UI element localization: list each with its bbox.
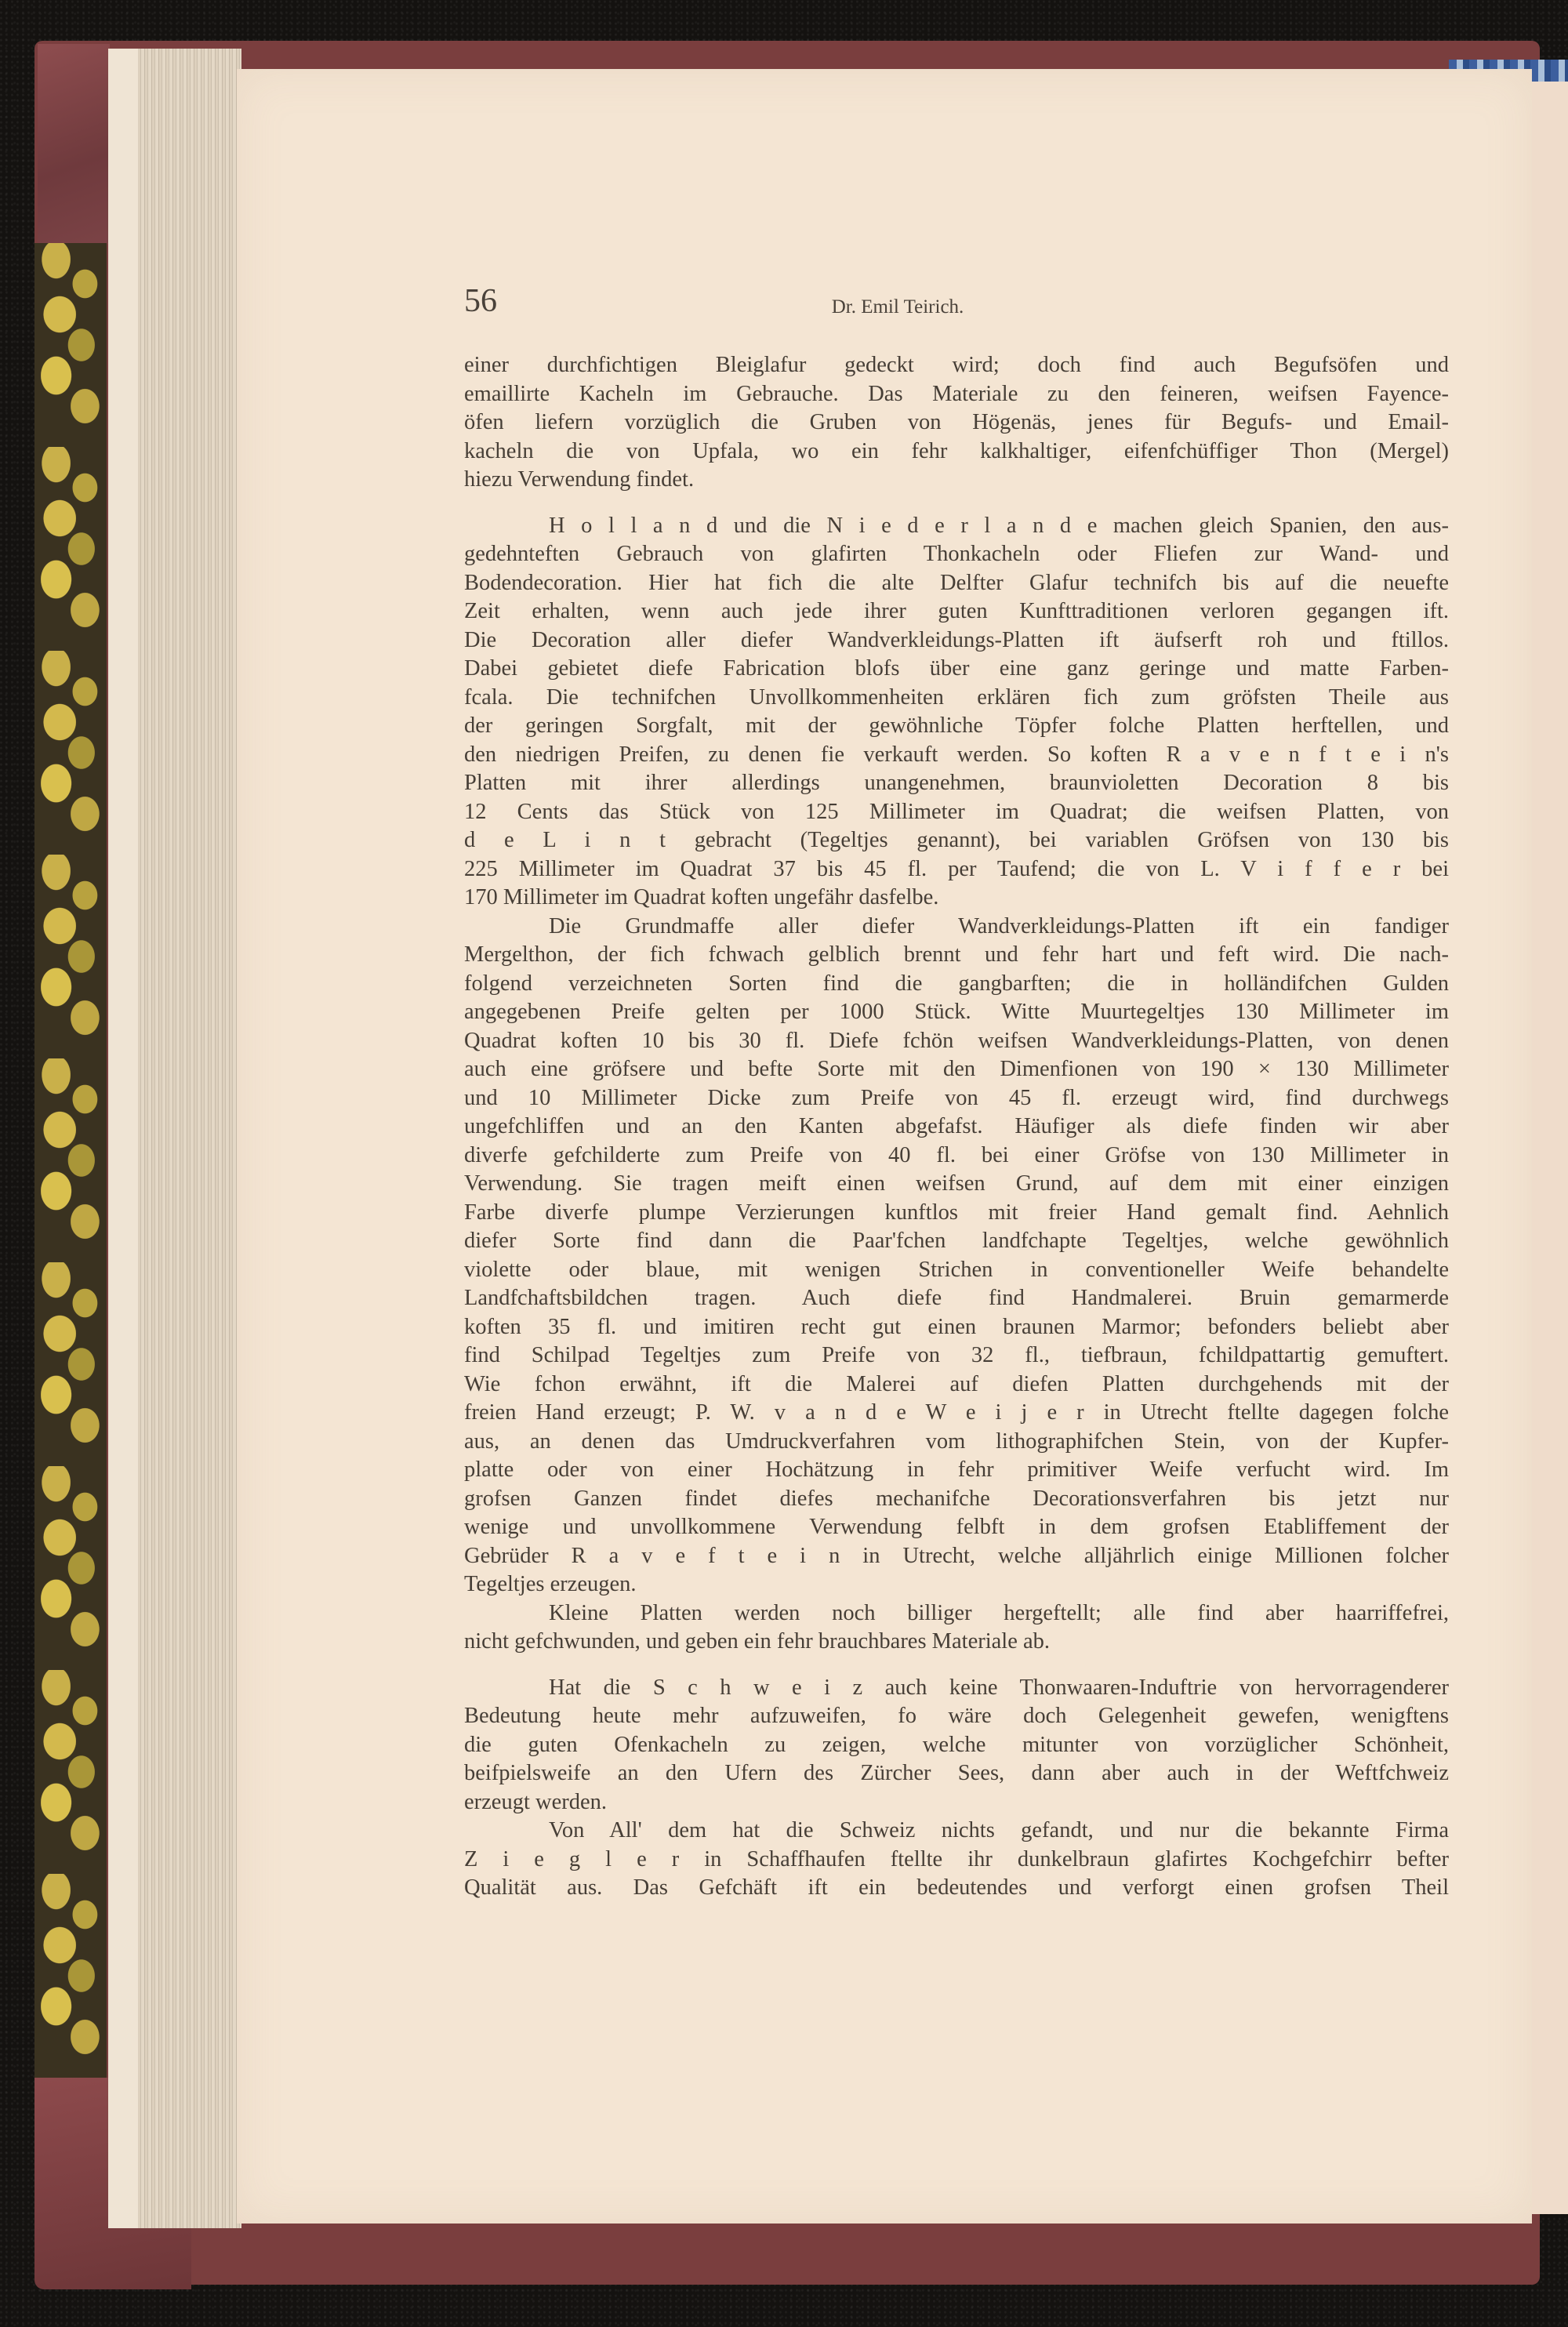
text-line: der geringen Sorgfalt, mit der gewöhnlic… — [464, 712, 1449, 741]
paragraph: H o l l a n d und die N i e d e r l a n … — [464, 512, 1449, 913]
text-line: Verwendung. Sie tragen meift einen weifs… — [464, 1170, 1449, 1199]
text-line: Bodendecoration. Hier hat fich die alte … — [464, 569, 1449, 598]
text-line: 170 Millimeter im Quadrat koften ungefäh… — [464, 884, 1449, 913]
text-line: Die Grundmaffe aller diefer Wandverkleid… — [464, 913, 1449, 942]
text-line: folgend verzeichneten Sorten find die ga… — [464, 970, 1449, 999]
text-line: emaillirte Kacheln im Gebrauche. Das Mat… — [464, 380, 1449, 409]
paragraph: Die Grundmaffe aller diefer Wandverkleid… — [464, 913, 1449, 1599]
text-line: Wie fchon erwähnt, ift die Malerei auf d… — [464, 1370, 1449, 1399]
text-line: platte oder von einer Hochätzung in fehr… — [464, 1456, 1449, 1485]
leather-corner-top — [38, 44, 110, 244]
text-line: koften 35 fl. und imitiren recht gut ein… — [464, 1313, 1449, 1342]
text-line: gedehnteften Gebrauch von glafirten Thon… — [464, 540, 1449, 569]
text-line: freien Hand erzeugt; P. W. v a n d e W e… — [464, 1399, 1449, 1428]
paragraph: Hat die S c h w e i z auch keine Thonwaa… — [464, 1674, 1449, 1817]
text-line: hiezu Verwendung findet. — [464, 466, 1449, 495]
running-head: Dr. Emil Teirich. — [0, 296, 1568, 318]
text-line: H o l l a n d und die N i e d e r l a n … — [464, 512, 1449, 541]
text-line: erzeugt werden. — [464, 1788, 1449, 1817]
text-line: und 10 Millimeter Dicke zum Preife von 4… — [464, 1084, 1449, 1113]
paragraph: Von All' dem hat die Schweiz nichts gefa… — [464, 1817, 1449, 1903]
paragraph: einer durchfichtigen Bleiglafur gedeckt … — [464, 351, 1449, 495]
text-line: Tegeltjes erzeugen. — [464, 1570, 1449, 1599]
facing-page-edge — [1530, 82, 1568, 2214]
text-line: öfen liefern vorzüglich die Gruben von H… — [464, 408, 1449, 437]
text-line: find Schilpad Tegeltjes zum Preife von 3… — [464, 1341, 1449, 1370]
text-line: nicht gefchwunden, und geben ein fehr br… — [464, 1628, 1449, 1657]
text-line: Mergelthon, der fich fchwach gelblich br… — [464, 941, 1449, 970]
text-line: Qualität aus. Das Gefchäft ift ein bedeu… — [464, 1874, 1449, 1903]
text-line: den niedrigen Preifen, zu denen fie verk… — [464, 741, 1449, 770]
text-line: Platten mit ihrer allerdings unangenehme… — [464, 769, 1449, 798]
text-line: Bedeutung heute mehr aufzuweifen, fo wär… — [464, 1702, 1449, 1731]
body-text: einer durchfichtigen Bleiglafur gedeckt … — [464, 351, 1449, 1903]
text-line: diefer Sorte find dann die Paar'fchen la… — [464, 1227, 1449, 1256]
text-line: wenige und unvollkommene Verwendung felb… — [464, 1513, 1449, 1542]
text-line: auch eine gröfsere und befte Sorte mit d… — [464, 1055, 1449, 1084]
text-line: Quadrat koften 10 bis 30 fl. Diefe fchön… — [464, 1027, 1449, 1056]
text-line: grofsen Ganzen findet diefes mechanifche… — [464, 1485, 1449, 1514]
page-edge-stack — [108, 49, 241, 2228]
text-line: violette oder blaue, mit wenigen Striche… — [464, 1256, 1449, 1285]
text-line: angegebenen Preife gelten per 1000 Stück… — [464, 998, 1449, 1027]
text-line: Farbe diverfe plumpe Verzierungen kunftl… — [464, 1199, 1449, 1228]
text-line: Kleine Platten werden noch billiger herg… — [464, 1599, 1449, 1628]
text-line: 12 Cents das Stück von 125 Millimeter im… — [464, 798, 1449, 827]
text-line: Z i e g l e r in Schaffhaufen ftellte ih… — [464, 1846, 1449, 1875]
text-line: Dabei gebietet diefe Fabrication blofs ü… — [464, 655, 1449, 684]
paragraph-gap — [464, 1657, 1449, 1674]
text-line: fcala. Die technifchen Unvollkommenheite… — [464, 684, 1449, 713]
text-line: ungefchliffen und an den Kanten abgefafs… — [464, 1113, 1449, 1142]
text-line: die guten Ofenkacheln zu zeigen, welche … — [464, 1731, 1449, 1760]
text-line: 225 Millimeter im Quadrat 37 bis 45 fl. … — [464, 855, 1449, 884]
text-line: Zeit erhalten, wenn auch jede ihrer gute… — [464, 597, 1449, 626]
text-line: beifpielsweife an den Ufern des Zürcher … — [464, 1759, 1449, 1788]
paragraph: Kleine Platten werden noch billiger herg… — [464, 1599, 1449, 1657]
text-line: d e L i n t gebracht (Tegeltjes genannt)… — [464, 826, 1449, 855]
text-line: einer durchfichtigen Bleiglafur gedeckt … — [464, 351, 1449, 380]
paragraph-gap — [464, 495, 1449, 512]
text-line: aus, an denen das Umdruckverfahren vom l… — [464, 1428, 1449, 1457]
marbled-board — [34, 243, 107, 2078]
text-line: diverfe gefchilderte zum Preife von 40 f… — [464, 1142, 1449, 1171]
text-line: Gebrüder R a v e f t e i n in Utrecht, w… — [464, 1542, 1449, 1571]
text-line: kacheln die von Upfala, wo ein fehr kalk… — [464, 437, 1449, 466]
text-line: Von All' dem hat die Schweiz nichts gefa… — [464, 1817, 1449, 1846]
text-line: Landfchaftsbildchen tragen. Auch diefe f… — [464, 1284, 1449, 1313]
text-line: Die Decoration aller diefer Wandverkleid… — [464, 626, 1449, 655]
text-line: Hat die S c h w e i z auch keine Thonwaa… — [464, 1674, 1449, 1703]
